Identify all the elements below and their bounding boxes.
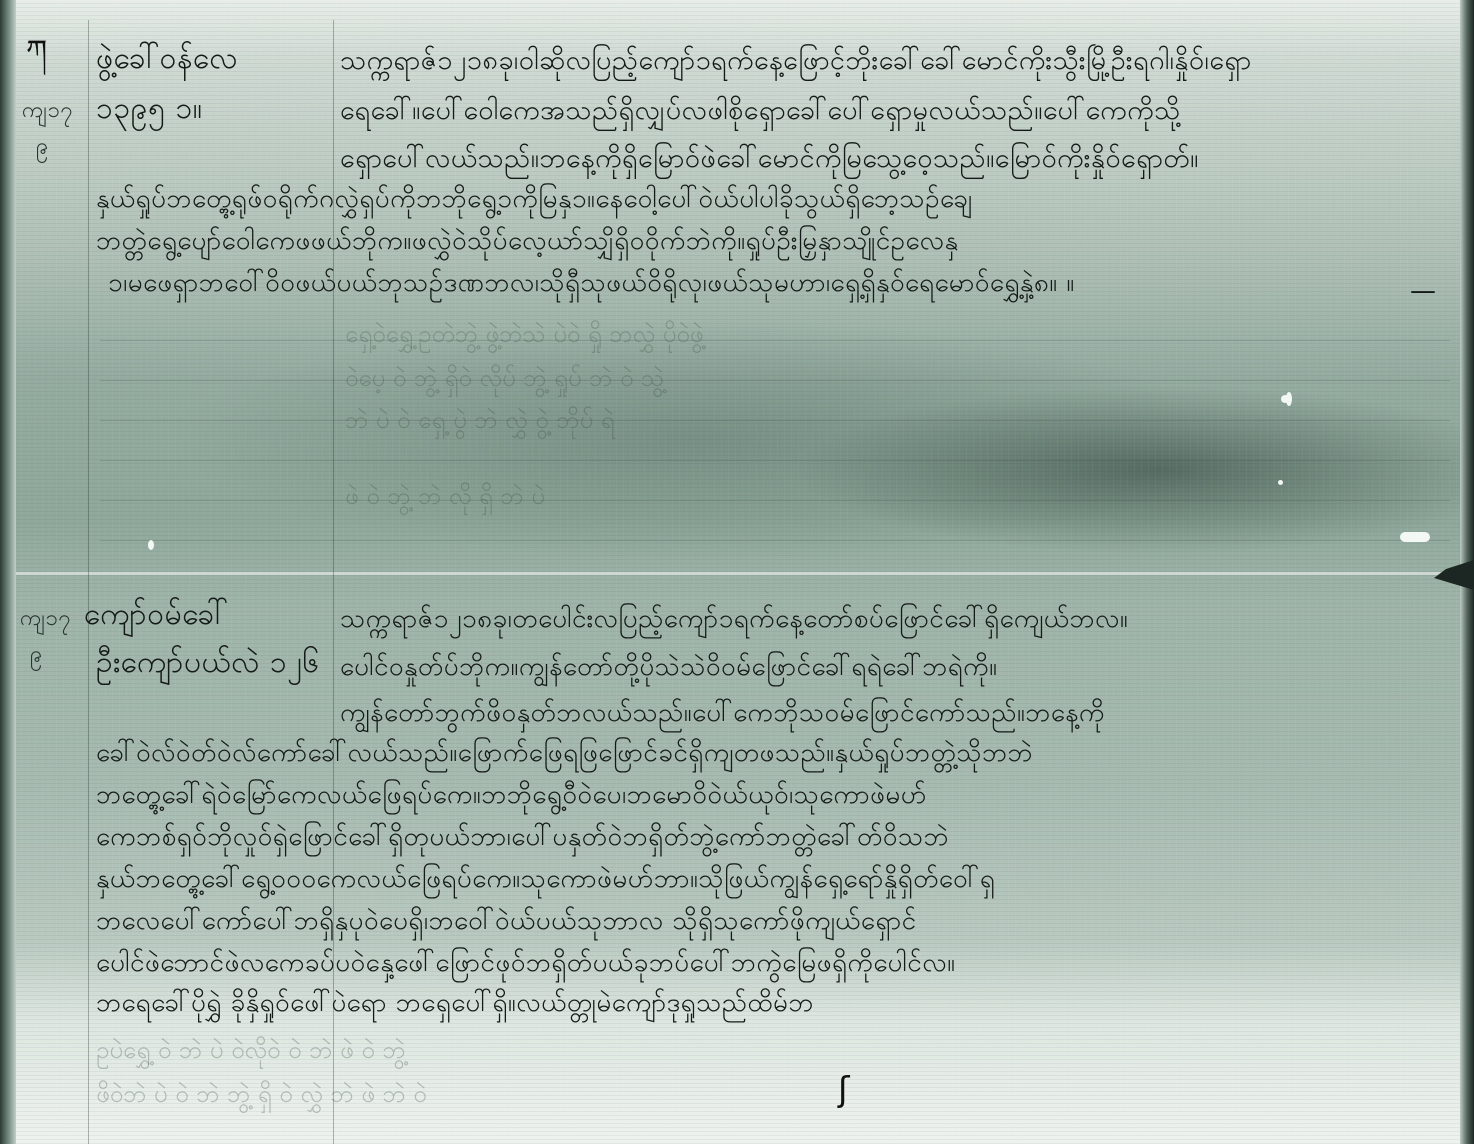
margin-mark: ၉ — [36, 128, 49, 166]
ruled-line — [100, 340, 1450, 341]
paper-damage-spot — [1286, 392, 1292, 406]
text-line: ဘလေပေါ်ကော်ပေါ်ဘရှိနှပုဝဲပေရှိ၊ဘဝေါ်ဝဲယ်… — [96, 902, 917, 940]
left-binding-edge — [0, 0, 16, 1144]
ruled-line — [100, 500, 1450, 501]
entry-heading-line2: ဦးကျော်ပယ်လဲ ၁၂၆ — [96, 644, 320, 682]
paper-damage-spot — [1278, 480, 1283, 485]
margin-mark: ၉ — [30, 636, 43, 674]
paper-damage-spot — [1400, 532, 1430, 542]
paper-damage-spot — [148, 540, 154, 550]
ruled-line — [100, 420, 1450, 421]
margin-note: ကျ၁၇ — [20, 600, 71, 638]
text-line: ဘရေခေါ်ပိုရွှဲ ခိုနှိရှုဝ်ဖေါ်ပဲရော ဘရှေ… — [96, 984, 814, 1022]
faded-line: ဘဲ ပဲ ဝဲ ရှေ့ ပွဲ ဘဲ လွှဲ ဝွဲ့ ဘိုပ် ရဲ — [345, 404, 615, 436]
text-line: ရေခေါ်။ပေါ်ဝေါကေအသည်ရှိလျှပ်လဖါစိုရှောခေ… — [340, 92, 1181, 130]
manuscript-page: ཀ ကျ၁၇ ၉ ဖွဲ့ခေါ်ဝန်လေ ၁၃၉၅ ၁။ သက္ကရာဇ်၁… — [0, 0, 1474, 1144]
ruled-line — [100, 540, 1450, 541]
text-line: သက္ကရာဇ်၁၂၁၈ခု၊ဝါဆိုလပြည့်ကျော်၁ရက်နေ့ဖြ… — [340, 42, 1252, 80]
text-line: ရှောပေါ်လယ်သည်။ဘနေ့ကိုရှိမြောဝ်ဖဲခေါ်မော… — [340, 140, 1199, 178]
entry-heading-line2: ၁၃၉၅ ၁။ — [96, 90, 203, 128]
faded-line: ဝဲပေ့ ဝဲ ဘွဲ့ ရှိဝဲ လိုပ် ဘွဲ့ ရှုပ် ဘဲ … — [345, 362, 664, 394]
faded-line: ရှေ့ဝဲရွှေ့ဥတဲဘွဲ့ ဖွဲ့ဘဲသဲ ပဲဝဲ ရှို ဘလ… — [345, 318, 704, 350]
text-line: နှယ်ရှုပ်ဘတ္တွေ့ရုဖ်ဝရိုက်ဂလွှဲရှပ်ကိုဘဘ… — [96, 180, 972, 218]
text-line: သက္ကရာဇ်၁၂၁၈ခု၊တပေါင်းလပြည့်ကျော်၁ရက်နေ့… — [340, 600, 1128, 638]
text-line: ၁၊မဖေရှာဘဝေါ်ဝိဝဖယ်ပယ်ဘုသဉ်ဒဏဘလ၊သိုရှီသု… — [108, 264, 1075, 302]
entry-end-sign: — — [1410, 272, 1437, 310]
faded-line: ဥပဲရွှေ့ ဝဲ ဘဲ ပဲ ဝဲလိုဝဲ ဝဲ ဘဲ ဖဲ ဝဲ ဘွ… — [96, 1034, 406, 1066]
page-tear — [1434, 560, 1474, 590]
text-line: ဘတ္တွေ့ခေါ်ရဲဝဲမြော်ကေလယ်ဖြေရပ်ကေ။ဘဘိုရွ… — [96, 776, 927, 814]
faded-line: ဖဲ ဝဲ ဘွဲ့ ဘဲ လို ရှိ ဘဲ ပဲ — [345, 480, 545, 512]
ruled-line — [100, 380, 1450, 381]
faded-line: ဖိဝဲဘဲ ပဲ ဝဲ ဘဲ ဘွဲ့ ရှိ ဝဲ လွှဲ ဘဲ ဖဲ ဘ… — [96, 1078, 427, 1110]
text-line: ကေဘစ်ရှဝ်ဘိုလှုဝ်ရှဲဖြောင်ခေါ်ရှိတုပယ်ဘာ… — [96, 818, 949, 856]
text-line: ပေါင်ဝနှုတ်ပ်ဘိုက။ကျွန်တော်တို့ပိုသဲသဲဝိ… — [340, 648, 998, 686]
top-left-symbol: ཀ — [26, 18, 47, 102]
entry-heading-line1: ဖွဲ့ခေါ်ဝန်လေ — [96, 40, 238, 78]
text-line: ခေါ်ဝဲလ်ဝဲတ်ဝဲလ်ကော်ခေါ်လယ်သည်။ဖြောက်ဖြေ… — [96, 734, 1033, 772]
text-line: ကျွန်တော်ဘွက်ဖိဝနှတ်ဘလယ်သည်။ပေါ်ကေဘိုသဝမ… — [340, 694, 1105, 732]
text-line: နှယ်ဘတ္တွေ့ခေါ်ရွေ့ဝဝဝကေလယ်ဖြေရပ်ကေ။သုကေ… — [96, 860, 995, 898]
ink-blot-mark: ʃ — [838, 1070, 849, 1110]
text-line: ပေါင်ဖဲဘောင်ဖဲလကေခပ်ပဝဲနှေ့ဖေါ်ဖြောင်ဖုဝ… — [96, 944, 955, 982]
entry-heading-line1: ကျော်ဝမ်ခေါ် — [84, 596, 228, 634]
text-line: ဘတ္တဲရွေ့ပျော်ဝေါကေဖဖယ်ဘိုက။ဖလွှဲဝဲသိုပ်… — [96, 222, 958, 260]
page-fold-line — [16, 572, 1460, 575]
ruled-line — [100, 460, 1450, 461]
margin-note: ကျ၁၇ — [22, 92, 73, 130]
margin-rule — [88, 20, 89, 1144]
